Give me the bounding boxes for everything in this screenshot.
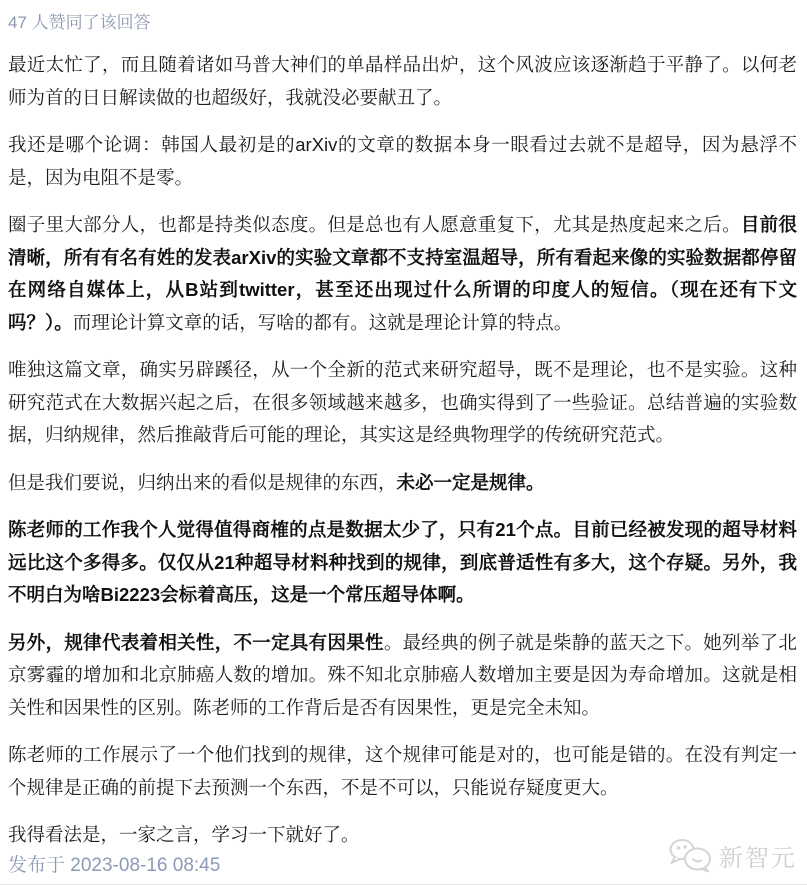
answer-paragraph: 陈老师的工作展示了一个他们找到的规律，这个规律可能是对的，也可能是错的。在没有判… xyxy=(8,739,797,804)
answer-paragraph: 但是我们要说，归纳出来的看似是规律的东西，未必一定是规律。 xyxy=(8,467,797,500)
text-segment: 我得看法是，一家之言，学习一下就好了。 xyxy=(8,824,360,845)
answer-paragraph: 另外，规律代表着相关性，不一定具有因果性。最经典的例子就是柴静的蓝天之下。她列举… xyxy=(8,627,797,725)
brand-name: 新智元 xyxy=(719,838,797,873)
vote-count: 47 人赞同了该回答 xyxy=(8,12,797,33)
chat-bubbles-logo-icon xyxy=(668,837,712,873)
text-segment: 圈子里大部分人，也都是持类似态度。但是总也有人愿意重复下，尤其是热度起来之后。 xyxy=(8,214,741,235)
answer-paragraph: 唯独这篇文章，确实另辟蹊径，从一个全新的范式来研究超导，既不是理论，也不是实验。… xyxy=(8,354,797,452)
answer-page: 47 人赞同了该回答 最近太忙了，而且随着诸如马普大神们的单晶样品出炉，这个风波… xyxy=(0,0,807,885)
bold-text-segment: 另外，规律代表着相关性，不一定具有因果性 xyxy=(8,632,384,653)
text-segment: 但是我们要说，归纳出来的看似是规律的东西， xyxy=(8,472,397,493)
brand-watermark: 新智元 xyxy=(668,837,797,873)
text-segment: 唯独这篇文章，确实另辟蹊径，从一个全新的范式来研究超导，既不是理论，也不是实验。… xyxy=(8,359,797,445)
answer-body: 最近太忙了，而且随着诸如马普大神们的单晶样品出炉，这个风波应该逐渐趋于平静了。以… xyxy=(8,49,797,852)
answer-paragraph: 最近太忙了，而且随着诸如马普大神们的单晶样品出炉，这个风波应该逐渐趋于平静了。以… xyxy=(8,49,797,114)
publish-time: 发布于 2023-08-16 08:45 xyxy=(8,855,220,877)
bold-text-segment: 未必一定是规律。 xyxy=(397,472,545,493)
bold-text-segment: 陈老师的工作我个人觉得值得商榷的点是数据太少了，只有21个点。目前已经被发现的超… xyxy=(8,519,797,605)
text-segment: 最近太忙了，而且随着诸如马普大神们的单晶样品出炉，这个风波应该逐渐趋于平静了。以… xyxy=(8,54,797,108)
answer-paragraph: 陈老师的工作我个人觉得值得商榷的点是数据太少了，只有21个点。目前已经被发现的超… xyxy=(8,514,797,612)
text-segment: 陈老师的工作展示了一个他们找到的规律，这个规律可能是对的，也可能是错的。在没有判… xyxy=(8,744,797,798)
text-segment: 而理论计算文章的话，写啥的都有。这就是理论计算的特点。 xyxy=(73,312,573,333)
answer-paragraph: 圈子里大部分人，也都是持类似态度。但是总也有人愿意重复下，尤其是热度起来之后。目… xyxy=(8,209,797,339)
text-segment: 我还是哪个论调：韩国人最初是的arXiv的文章的数据本身一眼看过去就不是超导，因… xyxy=(8,134,797,188)
answer-paragraph: 我还是哪个论调：韩国人最初是的arXiv的文章的数据本身一眼看过去就不是超导，因… xyxy=(8,129,797,194)
